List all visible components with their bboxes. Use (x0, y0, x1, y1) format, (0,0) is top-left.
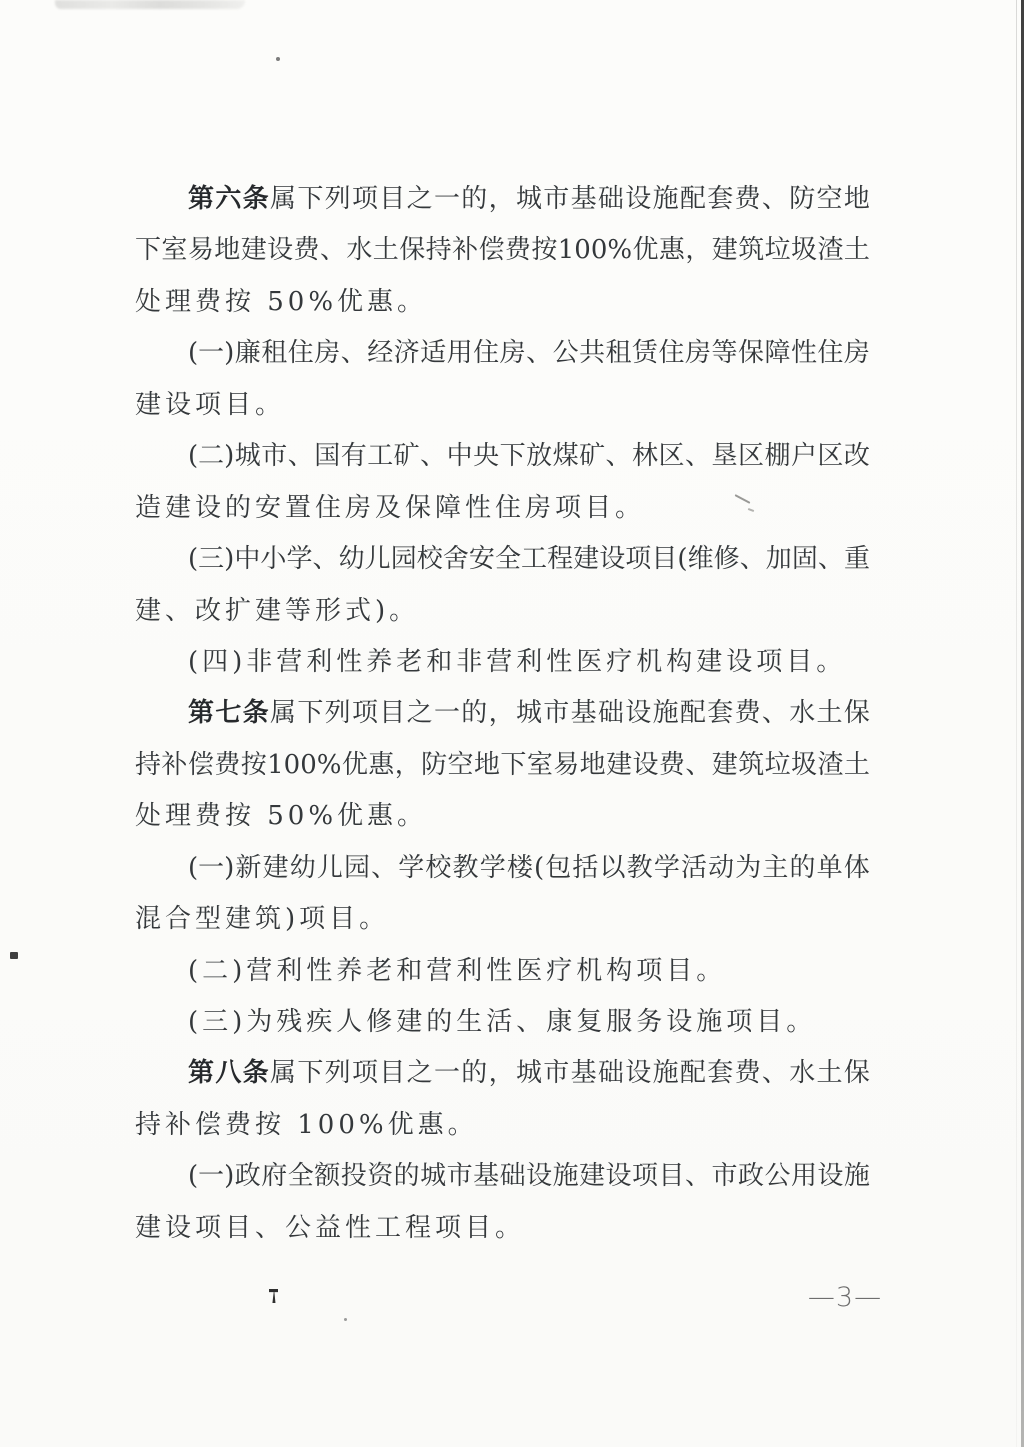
text-line: (二)城市、国有工矿、中央下放煤矿、林区、垦区棚户区改 (135, 431, 870, 482)
text-glyph: 学 (286, 534, 312, 585)
text-glyph: 城 (235, 431, 261, 482)
text-glyph: 础 (598, 688, 624, 739)
text-glyph: 之 (407, 1048, 433, 1099)
line-text: (四)非营利性养老和非营利性医疗机构建设项目。 (188, 647, 846, 677)
text-glyph: 、 (685, 431, 711, 482)
text-glyph: 的 (461, 688, 487, 739)
text-glyph: 改 (844, 431, 870, 482)
text-glyph: 的 (790, 843, 816, 894)
article-number-glyph: 六 (215, 174, 241, 225)
text-glyph: 赁 (632, 328, 658, 379)
text-glyph: 基 (571, 174, 597, 225)
text-glyph: 中 (447, 431, 473, 482)
text-glyph: 套 (707, 1048, 733, 1099)
text-glyph: 之 (407, 688, 433, 739)
text-glyph: 、 (526, 328, 552, 379)
text-glyph: 优 (342, 740, 368, 791)
text-glyph: ( (677, 534, 687, 585)
text-glyph: 廉 (235, 328, 261, 379)
text-glyph: 100% (267, 740, 341, 791)
text-glyph: 包 (545, 843, 571, 894)
text-line: (一)廉租住房、经济适用住房、公共租赁住房等保障性住房 (135, 328, 870, 379)
article-number-glyph: 第 (188, 688, 214, 739)
text-glyph: 区 (659, 431, 685, 482)
text-glyph: 设 (633, 740, 659, 791)
text-glyph: 住 (817, 328, 843, 379)
text-glyph: 基 (571, 688, 597, 739)
text-glyph: 城 (516, 688, 542, 739)
text-glyph: 煤 (553, 431, 579, 482)
text-glyph: 目 (379, 1048, 405, 1099)
article-number-glyph: 七 (215, 688, 241, 739)
text-glyph: 央 (473, 431, 499, 482)
text-glyph: 体 (844, 843, 870, 894)
text-glyph: 全 (288, 1151, 314, 1202)
text-glyph: 校 (417, 534, 443, 585)
ink-speck (276, 57, 280, 61)
text-glyph: 惠 (659, 225, 685, 276)
text-glyph: 筑 (738, 740, 764, 791)
text-glyph: 幼 (339, 534, 365, 585)
text-glyph: 动 (708, 843, 734, 894)
text-glyph: 适 (420, 328, 446, 379)
text-glyph: 全 (495, 534, 521, 585)
text-glyph: 新 (235, 843, 261, 894)
text-glyph: 学 (398, 843, 424, 894)
text-glyph: 属 (270, 1048, 296, 1099)
text-glyph: 区 (817, 431, 843, 482)
text-line: 持补偿费按 100%优惠。 (135, 1100, 870, 1151)
text-glyph: 教 (453, 843, 479, 894)
text-glyph: 下 (500, 431, 526, 482)
text-glyph: 、 (762, 1048, 788, 1099)
text-glyph: 持 (135, 740, 161, 791)
text-glyph: (一) (188, 1151, 234, 1202)
ink-speck (10, 952, 18, 959)
text-glyph: 政 (738, 1151, 764, 1202)
text-glyph: 100% (558, 225, 632, 276)
text-glyph: 设 (599, 534, 625, 585)
text-glyph: 属 (270, 174, 296, 225)
text-glyph: 项 (632, 1151, 658, 1202)
text-glyph: 费 (735, 688, 761, 739)
text-glyph: 市 (261, 431, 287, 482)
text-glyph: 有 (341, 431, 367, 482)
text-glyph: 矿 (579, 431, 605, 482)
text-glyph: 列 (325, 174, 351, 225)
text-line: 第七条属下列项目之一的，城市基础设施配套费、水土保 (135, 688, 870, 739)
text-glyph: 项 (352, 1048, 378, 1099)
text-glyph: 目 (651, 534, 677, 585)
page-number: —3— (800, 1282, 890, 1313)
text-glyph: 优 (633, 225, 659, 276)
text-glyph: 下 (135, 225, 161, 276)
text-glyph: 之 (407, 174, 433, 225)
text-glyph: 楼 (507, 843, 533, 894)
text-glyph: 城 (516, 174, 542, 225)
article-number-glyph: 第 (188, 1048, 214, 1099)
text-glyph: 工 (367, 431, 393, 482)
text-glyph: 室 (527, 740, 553, 791)
text-glyph: 中 (234, 534, 260, 585)
text-glyph: 费 (659, 740, 685, 791)
text-glyph: 土 (817, 1048, 843, 1099)
line-text: 造建设的安置住房及保障性住房项目。 (135, 493, 645, 523)
text-glyph: 学 (480, 843, 506, 894)
text-glyph: 目 (659, 1151, 685, 1202)
text-glyph: 园 (391, 534, 417, 585)
text-glyph: 市 (711, 1151, 737, 1202)
text-glyph: 市 (543, 174, 569, 225)
text-glyph: 施 (653, 174, 679, 225)
text-glyph: 建 (712, 225, 738, 276)
text-glyph: 土 (373, 225, 399, 276)
article-number-glyph: 条 (243, 174, 269, 225)
text-glyph: 设 (606, 1151, 632, 1202)
text-glyph: 、 (762, 174, 788, 225)
text-glyph: 属 (270, 688, 296, 739)
text-glyph: 持 (426, 225, 452, 276)
text-glyph: ， (489, 1048, 515, 1099)
line-text: 处理费按 50%优惠。 (135, 801, 427, 831)
text-glyph: 国 (314, 431, 340, 482)
text-glyph: 土 (844, 225, 870, 276)
text-glyph: 市 (543, 1048, 569, 1099)
text-glyph: 保 (844, 688, 870, 739)
text-glyph: (三) (188, 534, 234, 585)
text-line: 第六条属下列项目之一的，城市基础设施配套费、防空地 (135, 174, 870, 225)
text-glyph: 、 (371, 843, 397, 894)
text-glyph: 房 (500, 328, 526, 379)
text-glyph: 套 (707, 688, 733, 739)
text-line: (一)新建幼儿园、学校教学楼(包括以教学活动为主的单体 (135, 843, 870, 894)
text-glyph: 水 (789, 688, 815, 739)
text-glyph: 住 (473, 328, 499, 379)
text-glyph: 费 (294, 225, 320, 276)
text-glyph: 固 (792, 534, 818, 585)
text-glyph: 租 (606, 328, 632, 379)
text-glyph: 市 (447, 1151, 473, 1202)
article-number-glyph: 第 (188, 174, 214, 225)
text-glyph: 易 (553, 740, 579, 791)
text-line: (四)非营利性养老和非营利性医疗机构建设项目。 (135, 637, 870, 688)
text-glyph: 一 (434, 1048, 460, 1099)
text-glyph: 、 (685, 1151, 711, 1202)
text-glyph: 目 (379, 688, 405, 739)
text-glyph: 土 (817, 688, 843, 739)
text-glyph: 设 (625, 1048, 651, 1099)
text-glyph: 下 (297, 688, 323, 739)
text-glyph: 目 (379, 174, 405, 225)
text-glyph: 为 (735, 843, 761, 894)
text-glyph: 建 (606, 740, 632, 791)
ink-mark (269, 1289, 278, 1303)
text-glyph: 渣 (817, 225, 843, 276)
text-glyph: 建 (263, 843, 289, 894)
text-line: (三)中小学、幼儿园校舍安全工程建设项目(维修、加固、重 (135, 534, 870, 585)
text-glyph: 施 (653, 688, 679, 739)
text-glyph: 设 (267, 225, 293, 276)
text-glyph: 筑 (738, 225, 764, 276)
text-glyph: 设 (625, 174, 651, 225)
text-line: (一)政府全额投资的城市基础设施建设项目、市政公用设施 (135, 1151, 870, 1202)
text-glyph: 障 (764, 328, 790, 379)
article-number-glyph: 八 (215, 1048, 241, 1099)
text-glyph: 项 (352, 174, 378, 225)
text-glyph: 土 (844, 740, 870, 791)
text-glyph: 资 (367, 1151, 393, 1202)
text-glyph: 地 (580, 740, 606, 791)
text-glyph: 、 (320, 225, 346, 276)
text-glyph: 棚 (764, 431, 790, 482)
text-glyph: 保 (844, 1048, 870, 1099)
line-text: (三)为残疾人修建的生活、康复服务设施项目。 (188, 1007, 816, 1037)
text-glyph: 地 (844, 174, 870, 225)
ink-speck (344, 1318, 347, 1321)
text-glyph: 房 (844, 328, 870, 379)
document-body: 第六条属下列项目之一的，城市基础设施配套费、防空地 下室易地建设费、水土保持补偿… (135, 174, 870, 1254)
text-glyph: 渣 (817, 740, 843, 791)
text-glyph: 套 (707, 174, 733, 225)
text-glyph: 区 (738, 431, 764, 482)
text-glyph: 补 (161, 740, 187, 791)
line-text: 混合型建筑)项目。 (135, 904, 389, 934)
text-glyph: 儿 (365, 534, 391, 585)
text-glyph: 加 (766, 534, 792, 585)
text-glyph: 、 (420, 431, 446, 482)
text-glyph: 项 (352, 688, 378, 739)
text-glyph: 项 (625, 534, 651, 585)
text-glyph: 费 (735, 174, 761, 225)
text-glyph: 政 (235, 1151, 261, 1202)
text-glyph: 垦 (711, 431, 737, 482)
text-glyph: 租 (261, 328, 287, 379)
line-text: 处理费按 50%优惠。 (135, 287, 427, 317)
article-number-glyph: 条 (243, 688, 269, 739)
text-glyph: 林 (632, 431, 658, 482)
line-text: 建设项目、公益性工程项目。 (135, 1213, 525, 1243)
text-glyph: 易 (188, 225, 214, 276)
text-glyph: 列 (325, 688, 351, 739)
line-text: 建设项目。 (135, 390, 285, 420)
text-glyph: 防 (789, 174, 815, 225)
text-glyph: 的 (394, 1151, 420, 1202)
text-glyph: 主 (762, 843, 788, 894)
text-glyph: 、 (685, 740, 711, 791)
text-glyph: 配 (680, 174, 706, 225)
text-glyph: (一) (188, 328, 234, 379)
text-glyph: 施 (553, 1151, 579, 1202)
text-glyph: ， (395, 740, 421, 791)
text-glyph: 市 (543, 688, 569, 739)
text-glyph: 垃 (765, 740, 791, 791)
text-glyph: 地 (474, 740, 500, 791)
text-glyph: 设 (817, 1151, 843, 1202)
text-line: 下室易地建设费、水土保持补偿费按100%优惠，建筑垃圾渣土 (135, 225, 870, 276)
text-glyph: 防 (421, 740, 447, 791)
text-glyph: 、 (762, 688, 788, 739)
text-glyph: 设 (526, 1151, 552, 1202)
text-glyph: 建 (241, 225, 267, 276)
text-glyph: 下 (500, 740, 526, 791)
text-glyph: 基 (473, 1151, 499, 1202)
text-glyph: 的 (461, 174, 487, 225)
text-glyph: 惠 (368, 740, 394, 791)
text-glyph: 修 (714, 534, 740, 585)
text-glyph: 安 (469, 534, 495, 585)
text-glyph: 圾 (791, 740, 817, 791)
text-glyph: 建 (573, 534, 599, 585)
text-glyph: 空 (817, 174, 843, 225)
text-glyph: 设 (625, 688, 651, 739)
text-glyph: 空 (448, 740, 474, 791)
text-glyph: 城 (420, 1151, 446, 1202)
line-text: (二)营利性养老和营利性医疗机构项目。 (188, 956, 726, 986)
text-glyph: ， (489, 174, 515, 225)
text-glyph: 列 (325, 1048, 351, 1099)
text-glyph: 一 (434, 688, 460, 739)
text-glyph: 础 (598, 1048, 624, 1099)
text-glyph: 性 (791, 328, 817, 379)
text-line: 建、改扩建等形式)。 (135, 586, 870, 637)
text-glyph: 儿 (317, 843, 343, 894)
text-glyph: 施 (844, 1151, 870, 1202)
text-glyph: 以 (600, 843, 626, 894)
text-glyph: 保 (738, 328, 764, 379)
text-line: 第八条属下列项目之一的，城市基础设施配套费、水土保 (135, 1048, 870, 1099)
text-glyph: 住 (659, 328, 685, 379)
text-glyph: 房 (685, 328, 711, 379)
text-glyph: 额 (314, 1151, 340, 1202)
text-glyph: 一 (434, 174, 460, 225)
text-glyph: 矿 (394, 431, 420, 482)
text-glyph: 学 (654, 843, 680, 894)
text-glyph: (一) (188, 843, 234, 894)
text-glyph: 放 (526, 431, 552, 482)
text-glyph: 重 (844, 534, 870, 585)
text-line: 混合型建筑)项目。 (135, 894, 870, 945)
line-text: 持补偿费按 100%优惠。 (135, 1110, 478, 1140)
text-glyph: 单 (817, 843, 843, 894)
text-glyph: (二) (188, 431, 234, 482)
text-glyph: 公 (553, 328, 579, 379)
text-glyph: ， (489, 688, 515, 739)
text-glyph: 施 (653, 1048, 679, 1099)
text-glyph: 、 (740, 534, 766, 585)
scan-smudge-top (55, 0, 245, 9)
text-glyph: 础 (598, 174, 624, 225)
text-line: (三)为残疾人修建的生活、康复服务设施项目。 (135, 997, 870, 1048)
text-glyph: 费 (505, 225, 531, 276)
text-glyph: 用 (447, 328, 473, 379)
text-line: 造建设的安置住房及保障性住房项目。 (135, 483, 870, 534)
text-glyph: 济 (394, 328, 420, 379)
text-glyph: 经 (367, 328, 393, 379)
text-glyph: 配 (680, 688, 706, 739)
text-glyph: 地 (214, 225, 240, 276)
text-glyph: 的 (461, 1048, 487, 1099)
text-glyph: 户 (791, 431, 817, 482)
text-line: 处理费按 50%优惠。 (135, 791, 870, 842)
text-glyph: 教 (627, 843, 653, 894)
text-glyph: 公 (764, 1151, 790, 1202)
text-line: 建设项目、公益性工程项目。 (135, 1203, 870, 1254)
text-glyph: 偿 (188, 740, 214, 791)
text-glyph: 工 (521, 534, 547, 585)
text-glyph: ( (534, 843, 544, 894)
text-glyph: 房 (314, 328, 340, 379)
text-glyph: ， (685, 225, 711, 276)
text-glyph: 共 (579, 328, 605, 379)
text-glyph: 基 (571, 1048, 597, 1099)
text-glyph: 、 (313, 534, 339, 585)
text-glyph: 、 (288, 431, 314, 482)
text-line: 建设项目。 (135, 380, 870, 431)
text-glyph: 配 (680, 1048, 706, 1099)
text-glyph: 等 (711, 328, 737, 379)
text-glyph: 府 (261, 1151, 287, 1202)
text-glyph: 础 (500, 1151, 526, 1202)
text-glyph: 圾 (791, 225, 817, 276)
line-text: 建、改扩建等形式)。 (135, 596, 419, 626)
text-glyph: 按 (241, 740, 267, 791)
text-glyph: 、 (818, 534, 844, 585)
text-glyph: 、 (606, 431, 632, 482)
text-glyph: 用 (791, 1151, 817, 1202)
text-glyph: 投 (341, 1151, 367, 1202)
text-glyph: 校 (425, 843, 451, 894)
text-line: 持补偿费按100%优惠，防空地下室易地建设费、建筑垃圾渣土 (135, 740, 870, 791)
text-line: 处理费按 50%优惠。 (135, 277, 870, 328)
text-glyph: 小 (260, 534, 286, 585)
text-glyph: 费 (735, 1048, 761, 1099)
text-glyph: 保 (399, 225, 425, 276)
text-glyph: 舍 (443, 534, 469, 585)
text-glyph: 水 (346, 225, 372, 276)
text-glyph: 建 (579, 1151, 605, 1202)
scanned-document-page: 第六条属下列项目之一的，城市基础设施配套费、防空地 下室易地建设费、水土保持补偿… (0, 0, 1024, 1447)
text-glyph: 垃 (765, 225, 791, 276)
text-glyph: 偿 (478, 225, 504, 276)
text-glyph: 住 (288, 328, 314, 379)
text-glyph: 按 (531, 225, 557, 276)
article-number-glyph: 条 (243, 1048, 269, 1099)
text-glyph: 城 (516, 1048, 542, 1099)
text-glyph: 程 (547, 534, 573, 585)
text-glyph: 活 (681, 843, 707, 894)
text-glyph: 补 (452, 225, 478, 276)
text-glyph: 维 (688, 534, 714, 585)
text-glyph: 建 (712, 740, 738, 791)
text-glyph: 括 (572, 843, 598, 894)
text-glyph: 水 (789, 1048, 815, 1099)
text-line: (二)营利性养老和营利性医疗机构项目。 (135, 946, 870, 997)
text-glyph: 室 (161, 225, 187, 276)
text-glyph: 幼 (290, 843, 316, 894)
text-glyph: 下 (297, 174, 323, 225)
text-glyph: 下 (297, 1048, 323, 1099)
text-glyph: 费 (214, 740, 240, 791)
text-glyph: 园 (344, 843, 370, 894)
text-glyph: 、 (341, 328, 367, 379)
scan-edge-shadow (1016, 0, 1017, 1447)
